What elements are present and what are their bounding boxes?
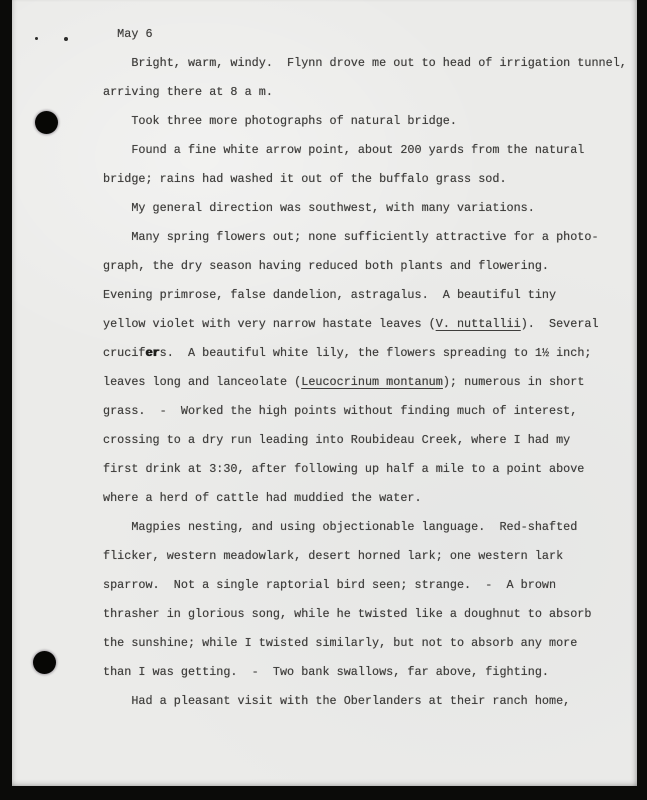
typed-line: arriving there at 8 a m. (103, 78, 633, 107)
ink-speck (64, 37, 68, 41)
typed-line: first drink at 3:30, after following up … (103, 455, 633, 484)
hole-punch-bottom (33, 651, 56, 674)
typed-line: Found a fine white arrow point, about 20… (103, 136, 633, 165)
typed-line: Magpies nesting, and using objectionable… (103, 513, 633, 542)
typed-line: Took three more photographs of natural b… (103, 107, 633, 136)
typed-line: bridge; rains had washed it out of the b… (103, 165, 633, 194)
typed-line: flicker, western meadowlark, desert horn… (103, 542, 633, 571)
typed-line: Evening primrose, false dandelion, astra… (103, 281, 633, 310)
typed-line: Bright, warm, windy. Flynn drove me out … (103, 49, 633, 78)
typed-line: Many spring flowers out; none sufficient… (103, 223, 633, 252)
typed-line: grass. - Worked the high points without … (103, 397, 633, 426)
typed-line: crucifers. A beautiful white lily, the f… (103, 339, 633, 368)
typed-line: My general direction was southwest, with… (103, 194, 633, 223)
scan-background: May 6 Bright, warm, windy. Flynn drove m… (0, 0, 647, 800)
ink-speck (35, 37, 38, 40)
journal-page: May 6 Bright, warm, windy. Flynn drove m… (12, 0, 637, 786)
typed-line: where a herd of cattle had muddied the w… (103, 484, 633, 513)
typed-line: yellow violet with very narrow hastate l… (103, 310, 633, 339)
typed-line: graph, the dry season having reduced bot… (103, 252, 633, 281)
typed-line: than I was getting. - Two bank swallows,… (103, 658, 633, 687)
typed-line: leaves long and lanceolate (Leucocrinum … (103, 368, 633, 397)
typed-text: May 6 Bright, warm, windy. Flynn drove m… (103, 20, 633, 716)
typed-line: Had a pleasant visit with the Oberlander… (103, 687, 633, 716)
typed-line: sparrow. Not a single raptorial bird see… (103, 571, 633, 600)
hole-punch-top (35, 111, 58, 134)
typed-line: May 6 (103, 20, 633, 49)
typed-line: crossing to a dry run leading into Roubi… (103, 426, 633, 455)
typed-line: thrasher in glorious song, while he twis… (103, 600, 633, 629)
typed-line: the sunshine; while I twisted similarly,… (103, 629, 633, 658)
